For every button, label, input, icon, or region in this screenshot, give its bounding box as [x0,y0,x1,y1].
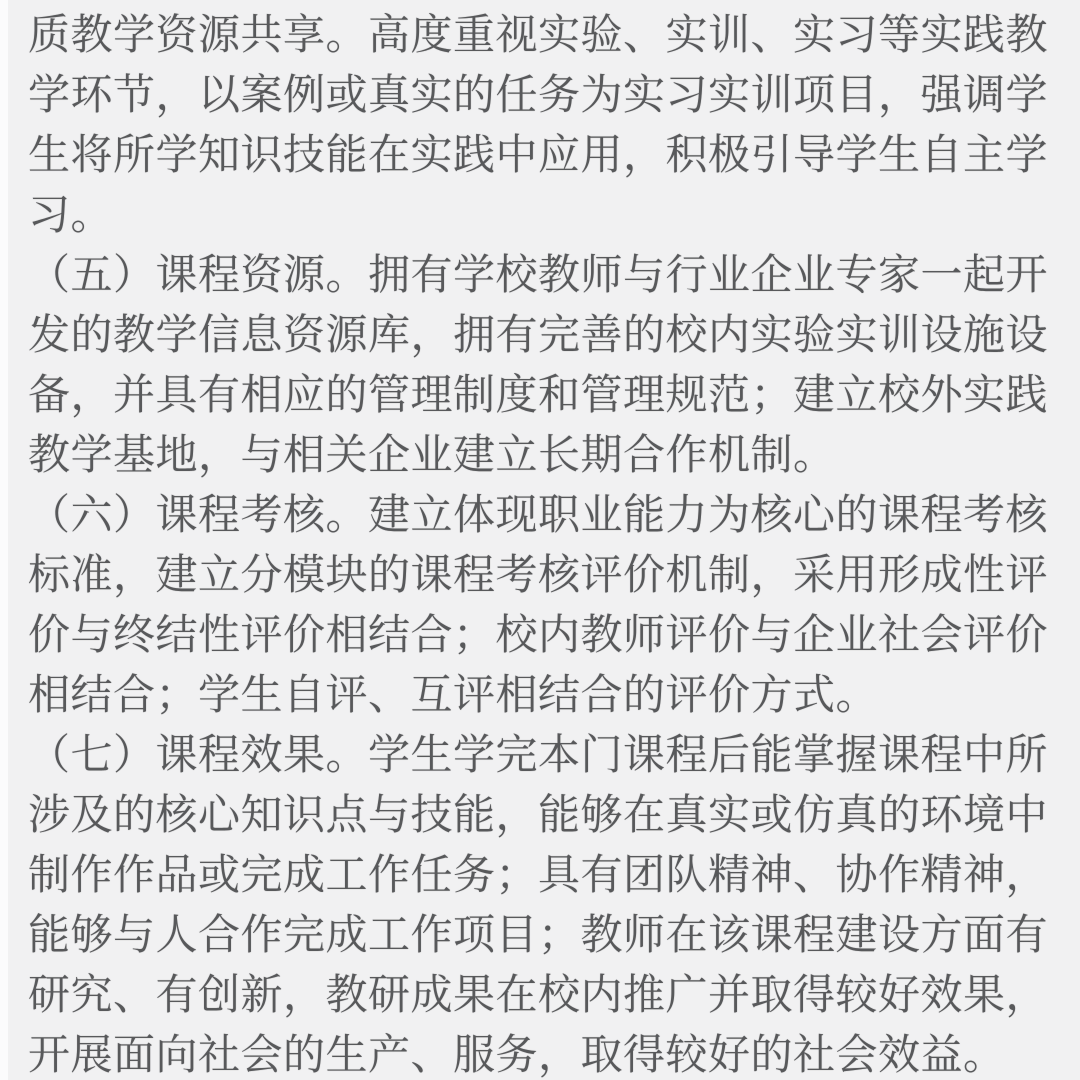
text-line: 学环节，以案例或真实的任务为实习实训项目，强调学 [28,65,1052,125]
text-line: 研究、有创新，教研成果在校内推广并取得较好效果， [28,965,1052,1025]
text-line: 涉及的核心知识点与技能，能够在真实或仿真的环境中 [28,785,1052,845]
text-line: 教学基地，与相关企业建立长期合作机制。 [28,425,1052,485]
text-line: 能够与人合作完成工作项目；教师在该课程建设方面有 [28,905,1052,965]
text-line-section-6-heading: （六）课程考核。建立体现职业能力为核心的课程考核 [28,485,1052,545]
text-line: 习。 [28,185,1052,245]
text-line: 备，并具有相应的管理制度和管理规范；建立校外实践 [28,365,1052,425]
text-line-section-7-heading: （七）课程效果。学生学完本门课程后能掌握课程中所 [28,725,1052,785]
text-line: 标准，建立分模块的课程考核评价机制，采用形成性评 [28,545,1052,605]
text-line: 制作作品或完成工作任务；具有团队精神、协作精神， [28,845,1052,905]
document-text-block: 质教学资源共享。高度重视实验、实训、实习等实践教 学环节，以案例或真实的任务为实… [0,0,1080,1080]
document-page: 质教学资源共享。高度重视实验、实训、实习等实践教 学环节，以案例或真实的任务为实… [0,0,1080,1080]
text-line-section-5-heading: （五）课程资源。拥有学校教师与行业企业专家一起开 [28,245,1052,305]
text-line: 生将所学知识技能在实践中应用，积极引导学生自主学 [28,125,1052,185]
text-line: 发的教学信息资源库，拥有完善的校内实验实训设施设 [28,305,1052,365]
text-line: 价与终结性评价相结合；校内教师评价与企业社会评价 [28,605,1052,665]
text-line: 开展面向社会的生产、服务，取得较好的社会效益。 [28,1025,1052,1080]
text-line: 质教学资源共享。高度重视实验、实训、实习等实践教 [28,5,1052,65]
text-line: 相结合；学生自评、互评相结合的评价方式。 [28,665,1052,725]
